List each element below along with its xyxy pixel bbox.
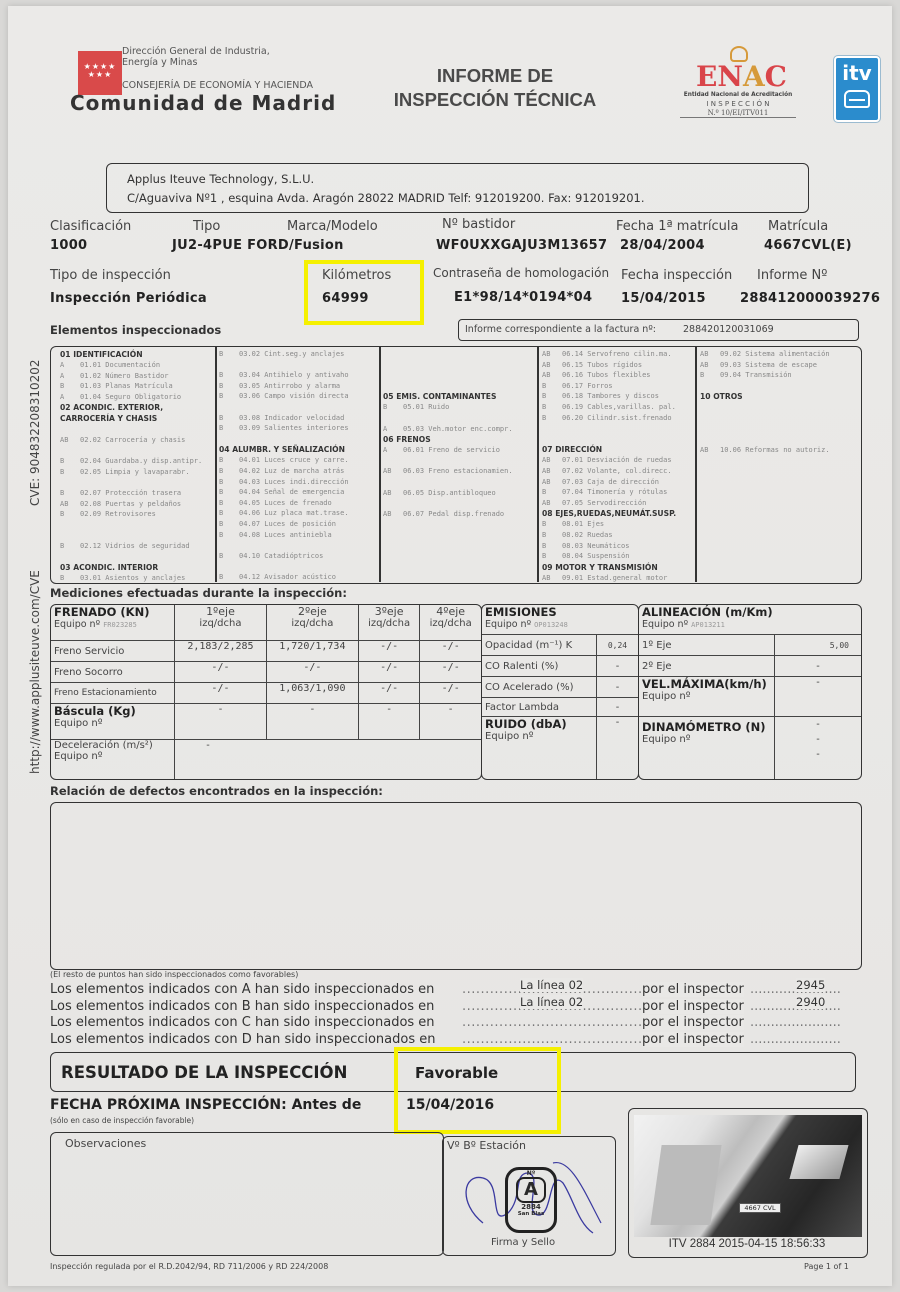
element-label: 09.01 Estad.general motor — [562, 574, 667, 582]
element-grade: B — [219, 519, 239, 530]
elements-section-header: 05 EMIS. CONTAMINANTES — [383, 391, 513, 402]
informe-value: 288412000039276 — [740, 291, 880, 306]
element-grade: B — [542, 413, 562, 424]
element-item: AB06.15 Tubos rígidos — [542, 360, 676, 371]
element-grade: AB — [383, 466, 403, 477]
vobo-box: Vº Bº Estación Nº A 2884 San Blas Firma … — [442, 1136, 616, 1256]
elements-section-header: 01 IDENTIFICACIÓN — [60, 349, 202, 360]
org-dept: CONSEJERÍA DE ECONOMÍA Y HACIENDA — [122, 80, 313, 91]
element-grade: B — [219, 455, 239, 466]
element-item: B02.05 Limpia y lavaparabr. — [60, 467, 202, 478]
element-item: AB06.03 Freno estacionamien. — [383, 466, 513, 477]
element-item: B01.03 Planas Matrícula — [60, 381, 202, 392]
element-item: B04.03 Luces indi.dirección — [219, 477, 349, 488]
element-item: B04.04 Señal de emergencia — [219, 487, 349, 498]
element-label: 07.01 Desviación de ruedas — [562, 456, 672, 464]
matricula-label: Matrícula — [768, 219, 828, 234]
element-grade: A — [60, 392, 80, 403]
photo-box: 4667 CVL ITV 2884 2015-04-15 18:56:33 — [628, 1108, 868, 1258]
element-item — [60, 424, 202, 435]
element-item — [383, 349, 513, 360]
observaciones-box: Observaciones — [50, 1132, 444, 1256]
element-label: 06.20 Cilindr.sist.frenado — [562, 414, 672, 422]
element-item: AB02.02 Carrocería y chasis — [60, 435, 202, 446]
element-grade: B — [219, 508, 239, 519]
element-label: 08.04 Suspensión — [562, 552, 629, 560]
element-grade: B — [219, 381, 239, 392]
inspection-report-page: ★★★★★★★ Dirección General de Industria, … — [8, 6, 892, 1286]
element-item: B02.04 Guardaba.y disp.antipr. — [60, 456, 202, 467]
element-grade: A — [383, 424, 403, 435]
element-label: 10.06 Reformas no autoriz. — [720, 446, 830, 454]
element-item — [60, 446, 202, 457]
element-item — [383, 360, 513, 371]
element-item: B06.17 Forros — [542, 381, 676, 392]
element-label: 07.03 Caja de dirección — [562, 478, 659, 486]
element-label: 05.03 Veh.motor enc.compr. — [403, 425, 513, 433]
element-label: 08.03 Neumáticos — [562, 542, 629, 550]
element-label: 03.08 Indicador velocidad — [239, 414, 344, 422]
element-item: B04.07 Luces de posición — [219, 519, 349, 530]
org-line1: Dirección General de Industria, — [122, 46, 270, 57]
element-label: 03.09 Salientes interiores — [239, 424, 349, 432]
element-item — [383, 413, 513, 424]
element-item: B04.01 Luces cruce y carre. — [219, 455, 349, 466]
element-item: AB09.01 Estad.general motor — [542, 573, 676, 584]
element-grade: A — [60, 371, 80, 382]
element-item: B06.19 Cables,varillas. pal. — [542, 402, 676, 413]
element-label: 04.07 Luces de posición — [239, 520, 336, 528]
element-label: 04.10 Catadióptricos — [239, 552, 323, 560]
element-label: 04.05 Luces de frenado — [239, 499, 332, 507]
element-item — [700, 413, 830, 424]
element-label: 09.04 Transmisión — [720, 371, 792, 379]
clasificacion-label: Clasificación — [50, 219, 131, 234]
element-label: 01.02 Número Bastidor — [80, 372, 169, 380]
element-label: 09.03 Sistema de escape — [720, 361, 817, 369]
element-grade: AB — [542, 573, 562, 584]
element-label: 08.02 Ruedas — [562, 531, 613, 539]
element-item: B08.03 Neumáticos — [542, 541, 676, 552]
vehicle-photo: 4667 CVL — [634, 1115, 862, 1237]
inspector-line: Los elementos indicados con C han sido i… — [50, 1015, 862, 1032]
inspector-lines: Los elementos indicados con A han sido i… — [50, 982, 862, 1048]
element-grade: B — [219, 391, 239, 402]
org-line2: Energía y Minas — [122, 57, 270, 68]
element-item: AB06.14 Servofreno cilin.ma. — [542, 349, 676, 360]
elements-column-1: 01 IDENTIFICACIÓNA01.01 DocumentaciónA01… — [60, 349, 202, 584]
element-grade: AB — [542, 370, 562, 381]
element-item: B08.01 Ejes — [542, 519, 676, 530]
defects-box — [50, 802, 862, 970]
fecha-matricula-label: Fecha 1ª matrícula — [616, 219, 738, 234]
matricula-value: 4667CVL(E) — [764, 238, 852, 253]
element-label: 04.01 Luces cruce y carre. — [239, 456, 349, 464]
element-grade: B — [60, 381, 80, 392]
elements-section-header: 04 ALUMBR. Y SEÑALIZACIÓN — [219, 444, 349, 455]
element-label: 06.18 Tambores y discos — [562, 392, 659, 400]
madrid-flag-logo: ★★★★★★★ — [78, 51, 122, 95]
elements-column-2: B03.02 Cint.seg.y anclajesB03.04 Antihie… — [219, 349, 349, 582]
element-label: 02.04 Guardaba.y disp.antipr. — [80, 457, 202, 465]
element-grade: B — [219, 487, 239, 498]
elements-section-header: CARROCERÍA Y CHASIS — [60, 413, 202, 424]
element-grade: AB — [383, 509, 403, 520]
element-item: B04.08 Luces antiniebla — [219, 530, 349, 541]
element-item: B04.12 Avisador acústico — [219, 572, 349, 583]
element-grade: A — [60, 360, 80, 371]
enac-number: N.º 10/EI/ITV011 — [680, 109, 796, 118]
element-grade: AB — [60, 499, 80, 510]
element-item: B03.02 Cint.seg.y anclajes — [219, 349, 349, 360]
defects-title: Relación de defectos encontrados en la i… — [50, 784, 383, 798]
company-name: Applus Iteuve Technology, S.L.U. — [127, 172, 314, 186]
inspector-line-text: Los elementos indicados con D han sido i… — [50, 1032, 435, 1047]
element-grade: B — [700, 370, 720, 381]
measurements-title: Mediciones efectuadas durante la inspecc… — [50, 586, 347, 600]
inspector-line: Los elementos indicados con D han sido i… — [50, 1032, 862, 1049]
element-item: B08.02 Ruedas — [542, 530, 676, 541]
license-plate: 4667 CVL — [739, 1203, 781, 1213]
element-grade: AB — [542, 466, 562, 477]
element-grade: B — [542, 551, 562, 562]
cve-code: CVE: 904832208310202 — [28, 359, 42, 506]
element-item: B04.06 Luz placa mat.trase. — [219, 508, 349, 519]
element-item: B02.12 Vidrios de seguridad — [60, 541, 202, 552]
element-item — [60, 477, 202, 488]
company-address: C/Aguaviva Nº1 , esquina Avda. Aragón 28… — [127, 191, 645, 205]
regulation-text: Inspección regulada por el R.D.2042/94, … — [50, 1262, 328, 1271]
elements-title: Elementos inspeccionados — [50, 323, 221, 337]
element-grade: AB — [700, 360, 720, 371]
element-label: 03.05 Antirrobo y alarma — [239, 382, 340, 390]
element-item: B09.04 Transmisión — [700, 370, 830, 381]
element-grade: B — [219, 477, 239, 488]
inspector-id: 2945 — [796, 978, 825, 992]
element-item — [219, 434, 349, 445]
fecha-matricula-value: 28/04/2004 — [620, 238, 705, 253]
element-grade: B — [60, 541, 80, 552]
element-item: B04.02 Luz de marcha atrás — [219, 466, 349, 477]
element-item: B03.06 Campo visión directa — [219, 391, 349, 402]
element-item: AB07.02 Volante, col.direcc. — [542, 466, 676, 477]
element-item: B05.01 Ruido — [383, 402, 513, 413]
element-item — [219, 561, 349, 572]
element-grade: B — [542, 381, 562, 392]
element-item: A06.01 Freno de servicio — [383, 445, 513, 456]
element-item — [383, 498, 513, 509]
element-label: 04.06 Luz placa mat.trase. — [239, 509, 349, 517]
next-inspection-label: FECHA PRÓXIMA INSPECCIÓN: Antes de — [50, 1097, 361, 1113]
element-label: 03.01 Asientos y anclajes — [80, 574, 185, 582]
informe-label: Informe Nº — [757, 268, 827, 283]
element-item: B08.04 Suspensión — [542, 551, 676, 562]
element-label: 07.05 Servodirección — [562, 499, 646, 507]
element-grade: AB — [542, 477, 562, 488]
vobo-label: Vº Bº Estación — [447, 1139, 526, 1152]
bastidor-label: Nº bastidor — [442, 217, 515, 232]
result-label: RESULTADO DE LA INSPECCIÓN — [61, 1063, 347, 1082]
elements-column-3: 05 EMIS. CONTAMINANTESB05.01 RuidoA05.03… — [383, 349, 513, 519]
element-grade: B — [60, 488, 80, 499]
element-item: A05.03 Veh.motor enc.compr. — [383, 424, 513, 435]
element-label: 06.01 Freno de servicio — [403, 446, 500, 454]
element-grade: B — [542, 391, 562, 402]
element-label: 03.02 Cint.seg.y anclajes — [239, 350, 344, 358]
inspector-line-text: Los elementos indicados con C han sido i… — [50, 1015, 435, 1030]
factura-box: Informe correspondiente a la factura nº:… — [458, 319, 859, 341]
element-grade: B — [219, 498, 239, 509]
inspector-id: 2940 — [796, 995, 825, 1009]
element-item — [383, 370, 513, 381]
element-grade: AB — [542, 498, 562, 509]
alignment-table: ALINEACIÓN (m/Km) Equipo nº AP013211 1º … — [638, 604, 862, 780]
fecha-inspeccion-label: Fecha inspección — [621, 268, 732, 283]
element-label: 07.04 Timonería y rótulas — [562, 488, 667, 496]
element-item: AB07.03 Caja de dirección — [542, 477, 676, 488]
element-item: A01.04 Seguro Obligatorio — [60, 392, 202, 403]
station-stamp: Nº A 2884 San Blas — [505, 1167, 557, 1233]
inspector-line-text: Los elementos indicados con B han sido i… — [50, 999, 434, 1014]
element-item — [383, 477, 513, 488]
elements-section-header: 10 OTROS — [700, 391, 830, 402]
element-label: 01.01 Documentación — [80, 361, 160, 369]
element-item: AB07.01 Desviación de ruedas — [542, 455, 676, 466]
element-label: 04.12 Avisador acústico — [239, 573, 336, 581]
element-grade: B — [219, 530, 239, 541]
org-name: Comunidad de Madrid — [70, 91, 336, 115]
observaciones-label: Observaciones — [65, 1137, 146, 1150]
km-highlight — [304, 260, 424, 325]
cve-url[interactable]: http://www.applusiteuve.com/CVE — [28, 570, 42, 774]
element-grade: A — [383, 445, 403, 456]
element-grade: B — [542, 487, 562, 498]
element-label: 06.17 Forros — [562, 382, 613, 390]
enac-label: I N S P E C C I Ó N — [680, 100, 796, 108]
element-item: AB06.07 Pedal disp.frenado — [383, 509, 513, 520]
element-label: 08.01 Ejes — [562, 520, 604, 528]
element-grade: AB — [700, 445, 720, 456]
fecha-inspeccion-value: 15/04/2015 — [621, 291, 706, 306]
element-grade: B — [219, 349, 239, 360]
emissions-table: EMISIONES Equipo nº OP013248 Opacidad (m… — [481, 604, 639, 780]
element-item — [60, 530, 202, 541]
element-grade: AB — [60, 435, 80, 446]
element-label: 02.09 Retrovisores — [80, 510, 156, 518]
element-label: 02.05 Limpia y lavaparabr. — [80, 468, 190, 476]
element-grade: B — [219, 551, 239, 562]
element-item: B03.01 Asientos y anclajes — [60, 573, 202, 584]
car-icon — [844, 90, 870, 108]
photo-caption: ITV 2884 2015-04-15 18:56:33 — [629, 1238, 865, 1250]
element-item — [700, 424, 830, 435]
element-grade: B — [60, 467, 80, 478]
element-label: 07.02 Volante, col.direcc. — [562, 467, 672, 475]
element-item — [383, 381, 513, 392]
element-item: B06.18 Tambores y discos — [542, 391, 676, 402]
element-label: 02.07 Protección trasera — [80, 489, 181, 497]
element-item: B03.08 Indicador velocidad — [219, 413, 349, 424]
element-item: AB07.05 Servodirección — [542, 498, 676, 509]
element-grade: AB — [542, 455, 562, 466]
itv-logo: itv — [834, 56, 880, 122]
inspector-line-text: Los elementos indicados con A han sido i… — [50, 982, 434, 997]
element-item — [700, 434, 830, 445]
element-item — [219, 360, 349, 371]
element-grade: B — [219, 572, 239, 583]
element-label: 04.02 Luz de marcha atrás — [239, 467, 344, 475]
element-item — [542, 434, 676, 445]
element-item: B04.05 Luces de frenado — [219, 498, 349, 509]
element-item — [60, 520, 202, 531]
homologacion-value: E1*98/14*0194*04 — [454, 290, 592, 305]
element-label: 04.03 Luces indi.dirección — [239, 478, 349, 486]
element-grade: B — [542, 541, 562, 552]
element-item: B02.09 Retrovisores — [60, 509, 202, 520]
element-item — [700, 402, 830, 413]
element-label: 06.15 Tubos rígidos — [562, 361, 642, 369]
element-grade: B — [542, 402, 562, 413]
element-label: 02.12 Vidrios de seguridad — [80, 542, 190, 550]
element-label: 02.02 Carrocería y chasis — [80, 436, 185, 444]
element-item — [700, 381, 830, 392]
marca-label: Marca/Modelo — [287, 219, 378, 234]
tipo-inspeccion-label: Tipo de inspección — [50, 268, 171, 283]
element-item — [219, 540, 349, 551]
element-grade: AB — [542, 360, 562, 371]
element-label: 06.19 Cables,varillas. pal. — [562, 403, 676, 411]
bastidor-value: WF0UXXGAJU3M13657 — [436, 238, 607, 253]
element-label: 06.03 Freno estacionamien. — [403, 467, 513, 475]
element-grade: B — [383, 402, 403, 413]
enac-logo: ENAC — [696, 60, 787, 93]
element-grade: B — [60, 573, 80, 584]
elements-section-header: 06 FRENOS — [383, 434, 513, 445]
element-item: AB02.08 Puertas y peldaños — [60, 499, 202, 510]
element-item: A01.01 Documentación — [60, 360, 202, 371]
element-label: 02.08 Puertas y peldaños — [80, 500, 181, 508]
element-grade: AB — [700, 349, 720, 360]
element-item: B02.07 Protección trasera — [60, 488, 202, 499]
element-item: B07.04 Timonería y rótulas — [542, 487, 676, 498]
elements-section-header: 03 ACONDIC. INTERIOR — [60, 562, 202, 573]
element-label: 09.02 Sistema alimentación — [720, 350, 830, 358]
elements-section-header: 08 EJES,RUEDAS,NEUMÁT.SUSP. — [542, 508, 676, 519]
tipo-marca-value: JU2-4PUE FORD/Fusion — [172, 238, 344, 253]
elements-column-4: AB06.14 Servofreno cilin.ma.AB06.15 Tubo… — [542, 349, 676, 583]
element-label: 06.07 Pedal disp.frenado — [403, 510, 504, 518]
element-item: AB10.06 Reformas no autoriz. — [700, 445, 830, 456]
element-item — [219, 402, 349, 413]
element-item: A01.02 Número Bastidor — [60, 371, 202, 382]
firma-label: Firma y Sello — [491, 1237, 555, 1248]
elements-section-header: 02 ACONDIC. EXTERIOR, — [60, 402, 202, 413]
element-grade: B — [219, 370, 239, 381]
element-item: AB06.16 Tubos flexibles — [542, 370, 676, 381]
element-item: B03.05 Antirrobo y alarma — [219, 381, 349, 392]
elements-section-header: 07 DIRECCIÓN — [542, 444, 676, 455]
element-item: AB06.05 Disp.antibloqueo — [383, 488, 513, 499]
element-grade: B — [219, 423, 239, 434]
element-grade: B — [542, 519, 562, 530]
element-grade: B — [219, 466, 239, 477]
element-grade: AB — [383, 488, 403, 499]
element-label: 03.06 Campo visión directa — [239, 392, 349, 400]
element-item — [60, 552, 202, 563]
inspector-line: Los elementos indicados con A han sido i… — [50, 982, 862, 999]
tipo-inspeccion-value: Inspección Periódica — [50, 291, 207, 306]
element-label: 05.01 Ruido — [403, 403, 449, 411]
element-label: 03.04 Antihielo y antivaho — [239, 371, 349, 379]
element-item: AB09.03 Sistema de escape — [700, 360, 830, 371]
element-label: 01.03 Planas Matrícula — [80, 382, 173, 390]
report-title: INFORME DE INSPECCIÓN TÉCNICA — [370, 64, 620, 112]
element-grade: B — [60, 456, 80, 467]
element-label: 06.05 Disp.antibloqueo — [403, 489, 496, 497]
elements-section-header: 09 MOTOR Y TRANSMISIÓN — [542, 562, 676, 573]
next-inspection-note: (sólo en caso de inspección favorable) — [50, 1116, 194, 1125]
inspection-line-value: La línea 02 — [520, 995, 583, 1009]
element-item: AB09.02 Sistema alimentación — [700, 349, 830, 360]
element-grade: B — [219, 413, 239, 424]
element-item: B04.10 Catadióptricos — [219, 551, 349, 562]
element-item — [542, 423, 676, 434]
element-label: 06.14 Servofreno cilin.ma. — [562, 350, 672, 358]
element-item: B03.04 Antihielo y antivaho — [219, 370, 349, 381]
homologacion-label: Contraseña de homologación — [433, 266, 609, 280]
defects-note: (El resto de puntos han sido inspecciona… — [50, 970, 298, 979]
elements-column-5: AB09.02 Sistema alimentaciónAB09.03 Sist… — [700, 349, 830, 455]
element-label: 04.08 Luces antiniebla — [239, 531, 332, 539]
element-label: 01.04 Seguro Obligatorio — [80, 393, 181, 401]
braking-table: FRENADO (KN) Equipo nº FR023285 1ºejeizq… — [50, 604, 482, 780]
inspector-line: Los elementos indicados con B han sido i… — [50, 999, 862, 1016]
clasificacion-value: 1000 — [50, 238, 87, 253]
element-item: B06.20 Cilindr.sist.frenado — [542, 413, 676, 424]
element-item — [383, 456, 513, 467]
page-number: Page 1 of 1 — [804, 1262, 849, 1271]
element-label: 06.16 Tubos flexibles — [562, 371, 651, 379]
enac-subtitle: Entidad Nacional de Acreditación — [680, 92, 796, 98]
element-label: 04.04 Señal de emergencia — [239, 488, 344, 496]
tipo-label: Tipo — [193, 219, 220, 234]
inspection-line-value: La línea 02 — [520, 978, 583, 992]
result-highlight — [394, 1047, 561, 1134]
element-grade: AB — [542, 349, 562, 360]
company-box: Applus Iteuve Technology, S.L.U. C/Aguav… — [106, 163, 809, 213]
element-item: B03.09 Salientes interiores — [219, 423, 349, 434]
element-grade: B — [60, 509, 80, 520]
element-grade: B — [542, 530, 562, 541]
